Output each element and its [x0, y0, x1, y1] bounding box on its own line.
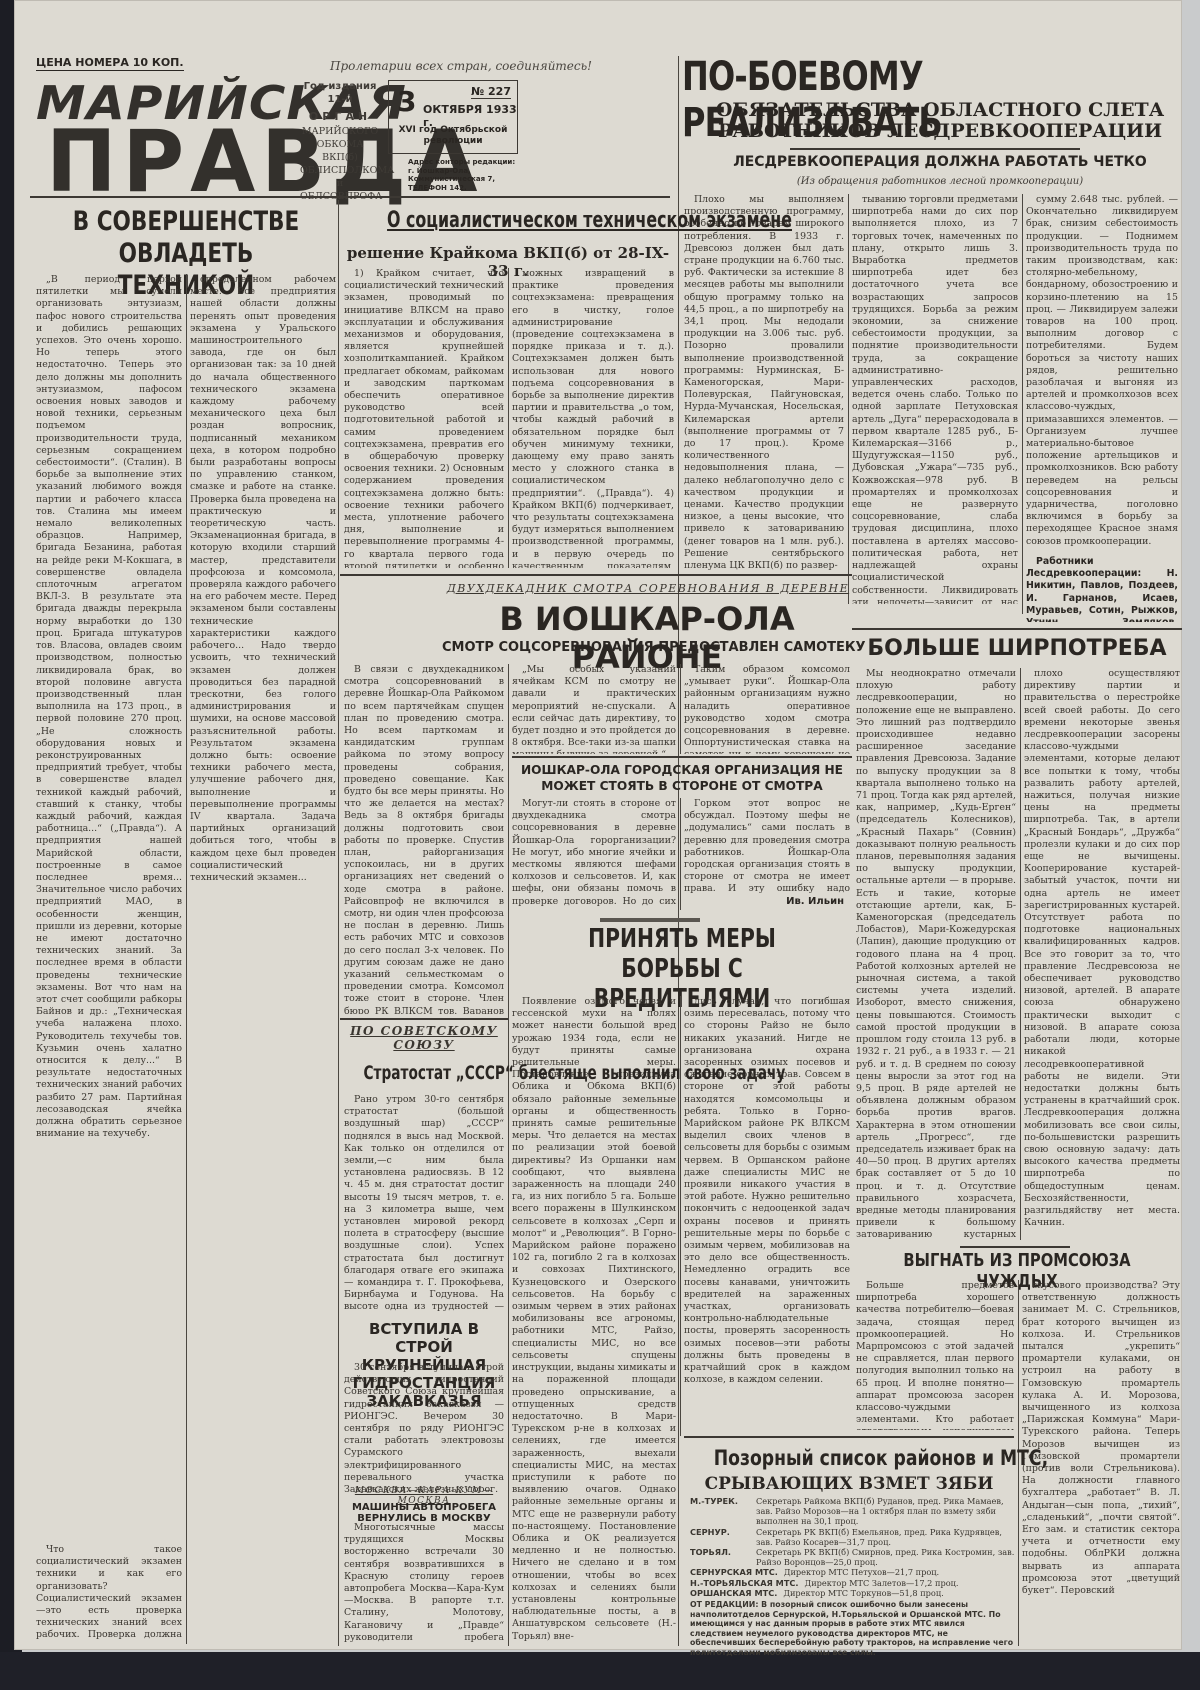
auto-text: Многотысячные массы трудящихся Москвы во… [344, 1522, 504, 1646]
strat-rubric: ПО СОВЕТСКОМУ СОЮЗУ [340, 1024, 508, 1052]
rule [512, 756, 852, 758]
organ-block: Год издания 11-й ОРГАН МАРИЙСКОГО ОБКОМА… [300, 80, 380, 203]
tech-text: „В период первой пятилетки мы сумели орг… [36, 274, 182, 1140]
year-of-issue: Год издания 11-й [300, 80, 380, 106]
lead-section-headline: ЛЕСДРЕВКООПЕРАЦИЯ ДОЛЖНА РАБОТАТЬ ЧЕТКО [700, 154, 1180, 170]
vygnat-text: Больше предметов ширпотреба хорошего кач… [856, 1280, 1014, 1430]
organ-line: МАРИЙСКОГО [300, 125, 380, 138]
vygnat-text: вкусового производства? Эту ответственну… [1022, 1280, 1180, 1597]
lead-subheadline: ОБЯЗАТЕЛЬСТВА ОБЛАСТНОГО СЛЕТА РАБОТНИКО… [700, 100, 1180, 142]
column-rule [508, 1014, 509, 1646]
vygnat-column-1: Больше предметов ширпотреба хорошего кач… [856, 1280, 1014, 1430]
editor-note: ОТ РЕДАКЦИИ: В позорный список ошибочно … [690, 1600, 1016, 1658]
issue-price: ЦЕНА НОМЕРА 10 КОП. [36, 56, 184, 71]
hydro-column-1: 30 сентября вступила в строй действующих… [344, 1362, 504, 1492]
lead-signers: Работники Лесдревкооперации: Н. Никитин,… [1026, 556, 1178, 622]
tech-column-1: „В период первой пятилетки мы сумели орг… [36, 274, 182, 1542]
lead-column-2: тыванию торговли предметами ширпотреба н… [852, 194, 1018, 604]
shame-entry: СЕРНУРСКАЯ МТС.Директор МТС Петухов—21,7… [690, 1567, 1016, 1577]
column-rule [680, 664, 681, 754]
exam-text: можных извращений в практике проведения … [512, 268, 674, 568]
tech-tail: Что такое социалистический экзамен техни… [36, 1544, 182, 1644]
auto-column-1: Многотысячные массы трудящихся Москвы во… [344, 1522, 504, 1646]
tech-text: определенном рабочем месте. Все предприя… [190, 274, 336, 884]
shame-subheadline: СРЫВАЮЩИХ ВЗМЕТ ЗЯБИ [684, 1474, 1014, 1494]
date-box: 3 № 227 ОКТЯБРЯ 1933 г. XVI год Октябрьс… [388, 80, 518, 154]
column-rule [678, 56, 679, 1646]
shame-place: СЕРНУРСКАЯ МТС. [690, 1567, 778, 1577]
ioshkar-rubric: ДВУХДЕКАДНИК СМОТРА СОРЕВНОВАНИЯ В ДЕРЕВ… [442, 582, 854, 595]
pests-text: Появление озимого червя и гессенской мух… [512, 996, 676, 1643]
tech-column-2: определенном рабочем месте. Все предприя… [190, 274, 336, 1014]
issue-number: № 227 [471, 85, 511, 99]
tech-text: Что такое социалистический экзамен техни… [36, 1544, 182, 1644]
lead-text: тыванию торговли предметами ширпотреба н… [852, 194, 1018, 604]
exam-text: 1) Крайком считает, что социалистический… [344, 268, 504, 568]
strat-column-1: Рано утром 30-го сентября стратостат (бо… [344, 1094, 504, 1314]
column-rule [1022, 194, 1023, 614]
pests-column-1: Появление озимого червя и гессенской мух… [512, 996, 676, 1646]
city-text: Горком этот вопрос не обсуждал. Поэтому … [684, 798, 850, 894]
page-bottom-edge [0, 1652, 1200, 1690]
rule [340, 574, 852, 576]
lead-column-3: сумму 2.648 тыс. рублей. — Окончательно … [1026, 194, 1178, 554]
city-text: Могут-ли стоять в стороне от двухдекадни… [512, 798, 676, 910]
ioshkar-column-3: Таким образом комсомол „умывает руки“. Й… [684, 664, 850, 754]
shame-text: Секретарь РК ВКП(б) Смирнов, пред. Рика … [756, 1547, 1016, 1567]
shame-entry: СЕРНУР.Секретарь РК ВКП(б) Емельянов, пр… [690, 1527, 1016, 1547]
lead-text: сумму 2.648 тыс. рублей. — Окончательно … [1026, 194, 1178, 548]
shame-entry: ОРШАНСКАЯ МТС.Директор МТС Торкунов—51,8… [690, 1588, 1016, 1598]
shame-place: ОРШАНСКАЯ МТС. [690, 1588, 777, 1598]
shame-entry: ТОРЬЯЛ.Секретарь РК ВКП(б) Смирнов, пред… [690, 1547, 1016, 1567]
strat-text: Рано утром 30-го сентября стратостат (бо… [344, 1094, 504, 1314]
column-rule [680, 798, 681, 910]
lead-byline: (Из обращения работников лесной промкооп… [690, 176, 1190, 187]
shame-text: Директор МТС Торкунов—51,8 проц. [783, 1588, 943, 1598]
column-rule [848, 194, 849, 604]
lead-column-1: Плохо мы выполняем производственную прог… [684, 194, 844, 604]
issue-day: 3 [397, 85, 416, 118]
rule [852, 628, 1182, 630]
shame-place: ТОРЬЯЛ. [690, 1547, 750, 1567]
organ-line: ОБКОМА ВКП(б) [300, 138, 380, 164]
shame-headline: Позорный список районов и МТС, [714, 1446, 985, 1470]
shame-place: СЕРНУР. [690, 1527, 750, 1547]
shame-text: Секретарь Райкома ВКП(б) Руданов, пред. … [756, 1496, 1016, 1527]
column-rule [1020, 668, 1021, 1240]
column-rule [508, 268, 509, 568]
ioshkar-text: Таким образом комсомол „умывает руки“. Й… [684, 664, 850, 754]
exam-column-1: 1) Крайком считает, что социалистический… [344, 268, 504, 568]
organ-line: ОБЛИСПОЛКОМА и [300, 164, 380, 190]
shame-place: Н.-ТОРЬЯЛЬСКАЯ МТС. [690, 1578, 799, 1588]
masthead-rule [30, 196, 670, 198]
ioshkar-subheadline: СМОТР СОЦСОРЕВНОВАНИЯ ПРЕДОСТАВЛЕН САМОТ… [442, 640, 852, 655]
shame-entry: М.-ТУРЕК.Секретарь Райкома ВКП(б) Рудано… [690, 1496, 1016, 1527]
exam-column-2: можных извращений в практике проведения … [512, 268, 674, 568]
editorial-address: Адрес конторы редакции: г. Йошкар-Ола, К… [408, 158, 518, 192]
city-column-1: Могут-ли стоять в стороне от двухдекадни… [512, 798, 676, 910]
ioshkar-text: В связи с двухдекадником смотра соцсорев… [344, 664, 504, 1014]
city-column-2: Горком этот вопрос не обсуждал. Поэтому … [684, 798, 850, 894]
ioshkar-text: „Мы особых указаний ячейкам КСМ по смотр… [512, 664, 676, 754]
rule [684, 1436, 1014, 1438]
shame-place: М.-ТУРЕК. [690, 1496, 750, 1527]
shirp-text: Мы неоднократно отмечали плохую работу л… [856, 668, 1016, 1240]
shame-entry: Н.-ТОРЬЯЛЬСКАЯ МТС.Директор МТС Залетов—… [690, 1578, 1016, 1588]
shirp-text: плохо осуществляют директиву партии и пр… [1024, 668, 1180, 1229]
exam-headline: О социалистическом техническом экзамене [387, 208, 629, 233]
ioshkar-column-1: В связи с двухдекадником смотра соцсорев… [344, 664, 504, 1014]
column-rule [186, 274, 187, 1644]
shame-text: Директор МТС Петухов—21,7 проц. [784, 1567, 939, 1577]
organ-label: ОРГАН [300, 110, 380, 123]
ioshkar-column-2: „Мы особых указаний ячейкам КСМ по смотр… [512, 664, 676, 754]
shirp-headline: БОЛЬШЕ ШИРПОТРЕБА [852, 636, 1182, 661]
pests-text: лись случаи, что погибшая озимь пересева… [684, 996, 850, 1387]
strat-headline: Стратостат „СССР“ блестяще выполнил свою… [364, 1062, 485, 1084]
city-headline: ИОШКАР-ОЛА ГОРОДСКАЯ ОРГАНИЗАЦИЯ НЕ МОЖЕ… [512, 762, 852, 794]
hydro-text: 30 сентября вступила в строй действующих… [344, 1362, 504, 1492]
shirp-column-1: Мы неоднократно отмечали плохую работу л… [856, 668, 1016, 1240]
revolution-year: XVI год Октябрьской революции [389, 125, 517, 147]
shame-text: Директор МТС Залетов—17,2 проц. [805, 1578, 959, 1588]
rule [960, 1246, 1070, 1248]
rule [600, 918, 700, 922]
signers-text: Работники Лесдревкооперации: Н. Никитин,… [1026, 556, 1178, 622]
city-signature: Ив. Ильин [684, 896, 844, 907]
shirp-column-2: плохо осуществляют директиву партии и пр… [1024, 668, 1180, 1240]
lead-text: Плохо мы выполняем производственную прог… [684, 194, 844, 572]
motto: Пролетарии всех стран, соединяйтесь! [330, 59, 592, 73]
shame-list: М.-ТУРЕК.Секретарь Райкома ВКП(б) Рудано… [690, 1496, 1016, 1658]
auto-headline: МАШИНЫ АВТОПРОБЕГА ВЕРНУЛИСЬ В МОСКВУ [340, 1502, 508, 1524]
rule [340, 1018, 508, 1020]
column-rule [508, 664, 509, 1014]
rule [790, 148, 1080, 150]
shame-text: Секретарь РК ВКП(б) Емельянов, пред. Рик… [756, 1527, 1016, 1547]
column-rule [338, 200, 339, 1646]
